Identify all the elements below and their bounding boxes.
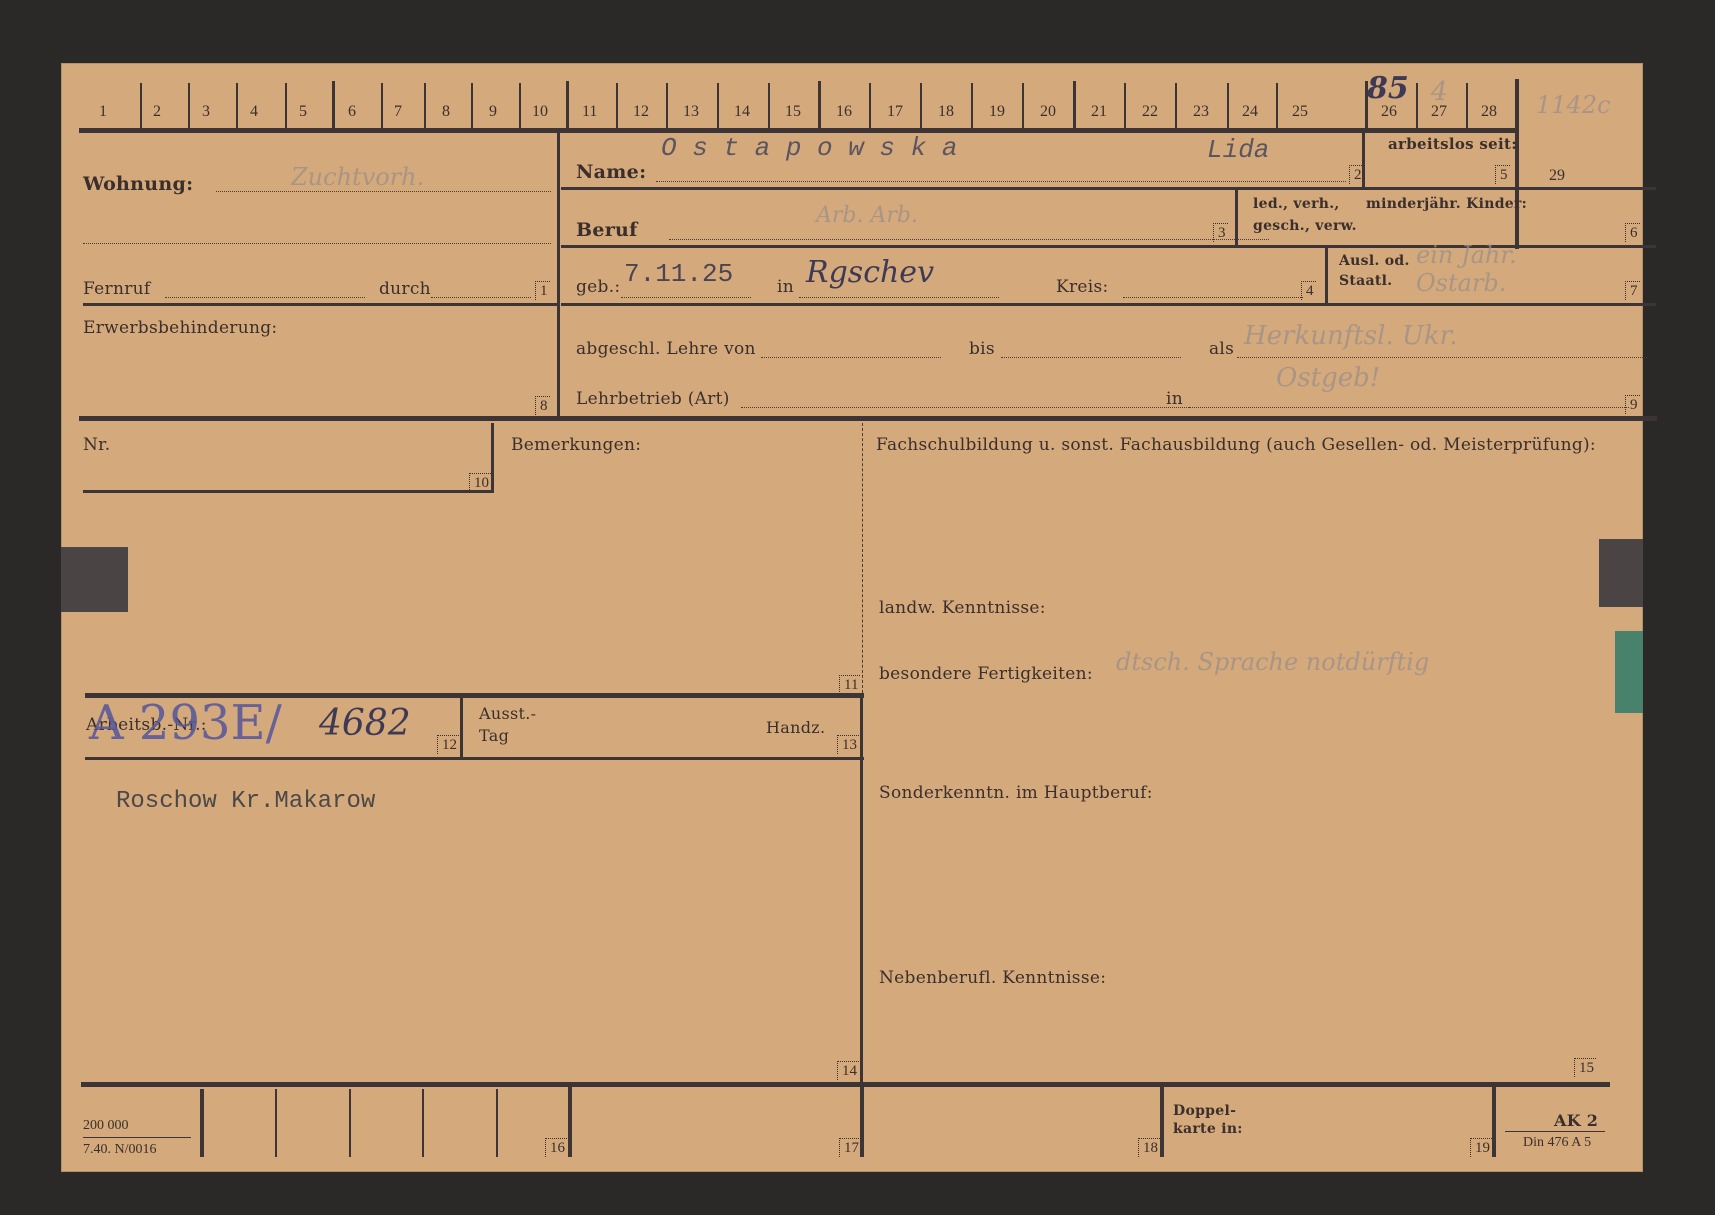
index-tab-left — [61, 547, 128, 612]
ruler-tick — [424, 83, 426, 128]
rule-nr — [83, 490, 494, 493]
landw-label: landw. Kenntnisse: — [879, 598, 1046, 618]
box-5: 5 — [1495, 165, 1510, 184]
divider-nr — [491, 423, 494, 492]
bottom-tick — [496, 1089, 498, 1157]
kreis-field[interactable] — [1123, 297, 1303, 298]
ruler-num-11: 11 — [582, 103, 597, 121]
ruler-num-4: 4 — [250, 103, 258, 121]
ruler-num-22: 22 — [1142, 103, 1158, 121]
index-tab-right — [1599, 539, 1643, 607]
ruler-num-21: 21 — [1091, 103, 1107, 121]
bottom-divider-2 — [568, 1087, 572, 1157]
ruler-tick — [666, 83, 668, 128]
ruler-num-18: 18 — [938, 103, 954, 121]
geb-field[interactable] — [621, 297, 751, 298]
nebenberufl-label: Nebenberufl. Kenntnisse: — [879, 968, 1106, 988]
ruler-num-10: 10 — [532, 103, 548, 121]
ruler-tick — [768, 83, 770, 128]
print-code: 7.40. N/0016 — [83, 1142, 157, 1158]
ruler-tick — [1227, 83, 1229, 128]
ruler-tick — [1124, 83, 1126, 128]
box-4: 4 — [1301, 281, 1316, 300]
box-11: 11 — [839, 675, 860, 694]
ruler-tick — [140, 83, 142, 128]
ruler-tick — [1466, 83, 1468, 128]
ruler-num-17: 17 — [887, 103, 903, 121]
fernruf-field[interactable] — [165, 297, 365, 298]
rule-arbeitsbuch-bottom — [85, 757, 864, 760]
ausst-label-2: Tag — [479, 726, 509, 745]
box-19: 19 — [1470, 1138, 1492, 1157]
ruler-tick — [471, 83, 473, 128]
divider-bemerkungen — [862, 423, 863, 693]
ausl-label-1: Ausl. od. — [1339, 253, 1410, 269]
doppelkarte-label-2: karte in: — [1173, 1121, 1243, 1137]
bottom-divider-1 — [200, 1089, 204, 1157]
rule-name — [561, 187, 1656, 190]
wohnung-value: Zuchtvorh. — [291, 163, 424, 191]
ausl-label-2: Staatl. — [1339, 273, 1392, 289]
ruler-tick — [971, 83, 973, 128]
lehrbetrieb-in-label: in — [1166, 389, 1183, 409]
als-label: als — [1209, 339, 1234, 359]
birthplace-field[interactable] — [799, 297, 999, 298]
box-13: 13 — [837, 735, 859, 754]
kinder-label: minderjähr. Kinder: — [1366, 196, 1527, 212]
corner-pencil-mark: 1142c — [1536, 91, 1611, 119]
bottom-tick — [275, 1089, 277, 1157]
ruler-num-13: 13 — [683, 103, 699, 121]
als-value-2: Ostgeb! — [1276, 363, 1380, 393]
ausl-value-2: Ostarb. — [1416, 269, 1506, 297]
ausst-label-1: Ausst.- — [479, 704, 536, 723]
bis-label: bis — [969, 339, 995, 359]
box-17: 17 — [839, 1138, 861, 1157]
ruler-tick-major — [818, 81, 821, 128]
wohnung-line-2[interactable] — [83, 243, 551, 244]
doppelkarte-label-1: Doppel- — [1173, 1103, 1236, 1119]
lehre-von-field[interactable] — [761, 357, 941, 358]
beruf-value: Arb. Arb. — [816, 203, 918, 228]
ruler-num-29: 29 — [1549, 167, 1565, 185]
ruler-tick — [188, 83, 190, 128]
name-field[interactable] — [656, 181, 1346, 182]
ruler-tick — [869, 83, 871, 128]
ruler-num-9: 9 — [489, 103, 497, 121]
box-18: 18 — [1138, 1138, 1160, 1157]
ruler-num-3: 3 — [202, 103, 210, 121]
arbeitslos-label: arbeitslos seit: — [1388, 135, 1517, 153]
registration-card: 1 2 3 4 5 6 7 8 9 10 11 12 13 14 15 16 1… — [61, 63, 1643, 1172]
erwerbsbehinderung-label: Erwerbsbehinderung: — [83, 318, 277, 338]
ruler-tick-major — [332, 81, 335, 128]
ruler-num-19: 19 — [989, 103, 1005, 121]
lehre-bis-field[interactable] — [1001, 357, 1181, 358]
ruler-tick — [381, 83, 383, 128]
bottom-tick — [349, 1089, 351, 1157]
bottom-divider-4 — [1160, 1087, 1164, 1157]
ruler-tick — [285, 83, 287, 128]
lehre-label: abgeschl. Lehre von — [576, 339, 756, 359]
lehre-als-field[interactable] — [1237, 357, 1647, 358]
rule-fernruf — [83, 303, 557, 306]
wohnung-line-1[interactable] — [216, 191, 551, 192]
beruf-label: Beruf — [576, 219, 638, 241]
box-14: 14 — [837, 1061, 859, 1080]
ruler-tick — [236, 83, 238, 128]
rule-bottom — [81, 1082, 1610, 1087]
box-9: 9 — [1625, 395, 1640, 414]
box-7: 7 — [1625, 281, 1640, 300]
ruler-tick — [1022, 83, 1024, 128]
durch-label: durch — [379, 279, 431, 299]
print-run: 200 000 — [83, 1118, 129, 1134]
handz-label: Handz. — [766, 718, 825, 737]
divider-beruf-status — [1235, 190, 1238, 245]
box-8: 8 — [535, 396, 550, 415]
col29-divider — [1515, 79, 1519, 249]
ruler-num-16: 16 — [836, 103, 852, 121]
ruler-num-7: 7 — [394, 103, 402, 121]
ruler-num-12: 12 — [633, 103, 649, 121]
box-15: 15 — [1574, 1058, 1596, 1077]
din-code: Din 476 A 5 — [1523, 1135, 1591, 1151]
ruler-pencil-mark: 4 — [1431, 77, 1448, 107]
ruler-num-6: 6 — [348, 103, 356, 121]
box-12: 12 — [437, 735, 459, 754]
ruler-num-14: 14 — [734, 103, 750, 121]
name-label: Name: — [576, 161, 646, 183]
ruler-ink-mark: 85 — [1367, 71, 1409, 106]
birthplace-value: Rgschev — [806, 255, 934, 290]
ruler-num-5: 5 — [299, 103, 307, 121]
divider-left-center — [557, 131, 560, 419]
ruler-num-2: 2 — [153, 103, 161, 121]
nr-label: Nr. — [83, 435, 110, 455]
divider-arbeitsbuch — [460, 698, 463, 760]
ruler-num-24: 24 — [1242, 103, 1258, 121]
ruler-tick — [519, 83, 521, 128]
kreis-label: Kreis: — [1056, 277, 1109, 297]
durch-field[interactable] — [431, 297, 531, 298]
ruler-num-15: 15 — [785, 103, 801, 121]
beruf-field[interactable] — [669, 239, 1269, 240]
green-marker — [1615, 631, 1643, 713]
besondere-label: besondere Fertigkeiten: — [879, 664, 1093, 684]
als-value-1: Herkunftsl. Ukr. — [1244, 321, 1458, 351]
arbeitsbuch-number: 4682 — [319, 703, 411, 744]
ruler-num-25: 25 — [1292, 103, 1308, 121]
ruler-tick — [1175, 83, 1177, 128]
form-id-divider — [1505, 1131, 1605, 1132]
birth-date-value: 7.11.25 — [624, 259, 733, 289]
bottom-divider-3 — [860, 1087, 864, 1157]
firstname-value: Lida — [1207, 135, 1269, 165]
ausl-value-1: ein Jahr. — [1416, 241, 1517, 269]
bottom-divider-5 — [1492, 1087, 1496, 1157]
familienstand-label-2: gesch., verw. — [1253, 218, 1357, 234]
rule-geb — [561, 303, 1656, 306]
ruler-num-28: 28 — [1481, 103, 1497, 121]
besondere-value: dtsch. Sprache notdürftig — [1116, 648, 1429, 676]
ruler-tick — [920, 83, 922, 128]
sonderkenntn-label: Sonderkenntn. im Hauptberuf: — [879, 783, 1153, 803]
familienstand-label-1: led., verh., — [1253, 196, 1340, 212]
box-3: 3 — [1213, 223, 1228, 242]
bottom-tick — [422, 1089, 424, 1157]
ruler-tick — [1416, 83, 1418, 128]
rule-main — [79, 416, 1657, 421]
ruler-tick — [717, 83, 719, 128]
ruler-tick-major — [1073, 81, 1076, 128]
wohnung-label: Wohnung: — [83, 173, 193, 195]
ruler-tick — [616, 83, 618, 128]
divider-name-arbeitslos — [1362, 131, 1365, 189]
lehrbetrieb-in-field[interactable] — [1189, 407, 1629, 408]
box-6: 6 — [1625, 223, 1640, 242]
surname-value: O s t a p o w s k a — [661, 133, 957, 163]
divider-geb-ausl — [1325, 248, 1328, 303]
divider-lower-center — [860, 698, 863, 1084]
ruler-num-8: 8 — [442, 103, 450, 121]
lehrbetrieb-label: Lehrbetrieb (Art) — [576, 389, 730, 409]
arbeitsbuch-stamp: A 293E/ — [89, 695, 282, 751]
fachschul-label: Fachschulbildung u. sonst. Fachausbildun… — [876, 435, 1596, 455]
bemerkungen-label: Bemerkungen: — [511, 435, 641, 455]
lehrbetrieb-field[interactable] — [741, 407, 1221, 408]
box-1: 1 — [535, 281, 550, 300]
fernruf-label: Fernruf — [83, 279, 150, 299]
box-16: 16 — [545, 1138, 567, 1157]
ruler-tick — [1276, 83, 1278, 128]
ruler-num-20: 20 — [1040, 103, 1056, 121]
geb-label: geb.: — [576, 277, 620, 297]
ruler-tick-major — [566, 81, 569, 128]
address-typed: Roschow Kr.Makarow — [116, 788, 375, 815]
form-id: AK 2 — [1554, 1111, 1598, 1130]
geb-in-label: in — [777, 277, 794, 297]
ruler-num-1: 1 — [99, 103, 107, 121]
ruler-num-23: 23 — [1193, 103, 1209, 121]
print-divider — [83, 1137, 191, 1138]
